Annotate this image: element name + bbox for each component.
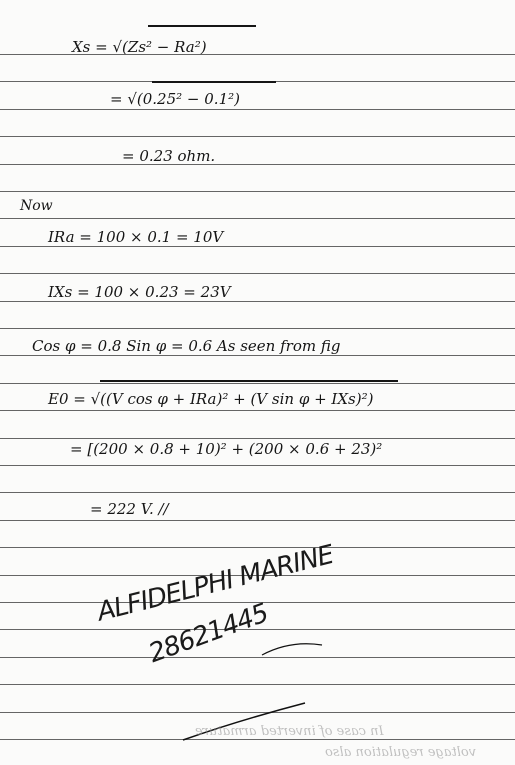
bleed-through-1: In case of inverted armature (195, 724, 384, 739)
bleed-through-2: voltage regulation also (325, 745, 476, 760)
notebook-page: Xs = √(Zs² − Ra²) = √(0.25² − 0.1²) = 0.… (0, 0, 515, 765)
pen-strokes (0, 0, 515, 765)
